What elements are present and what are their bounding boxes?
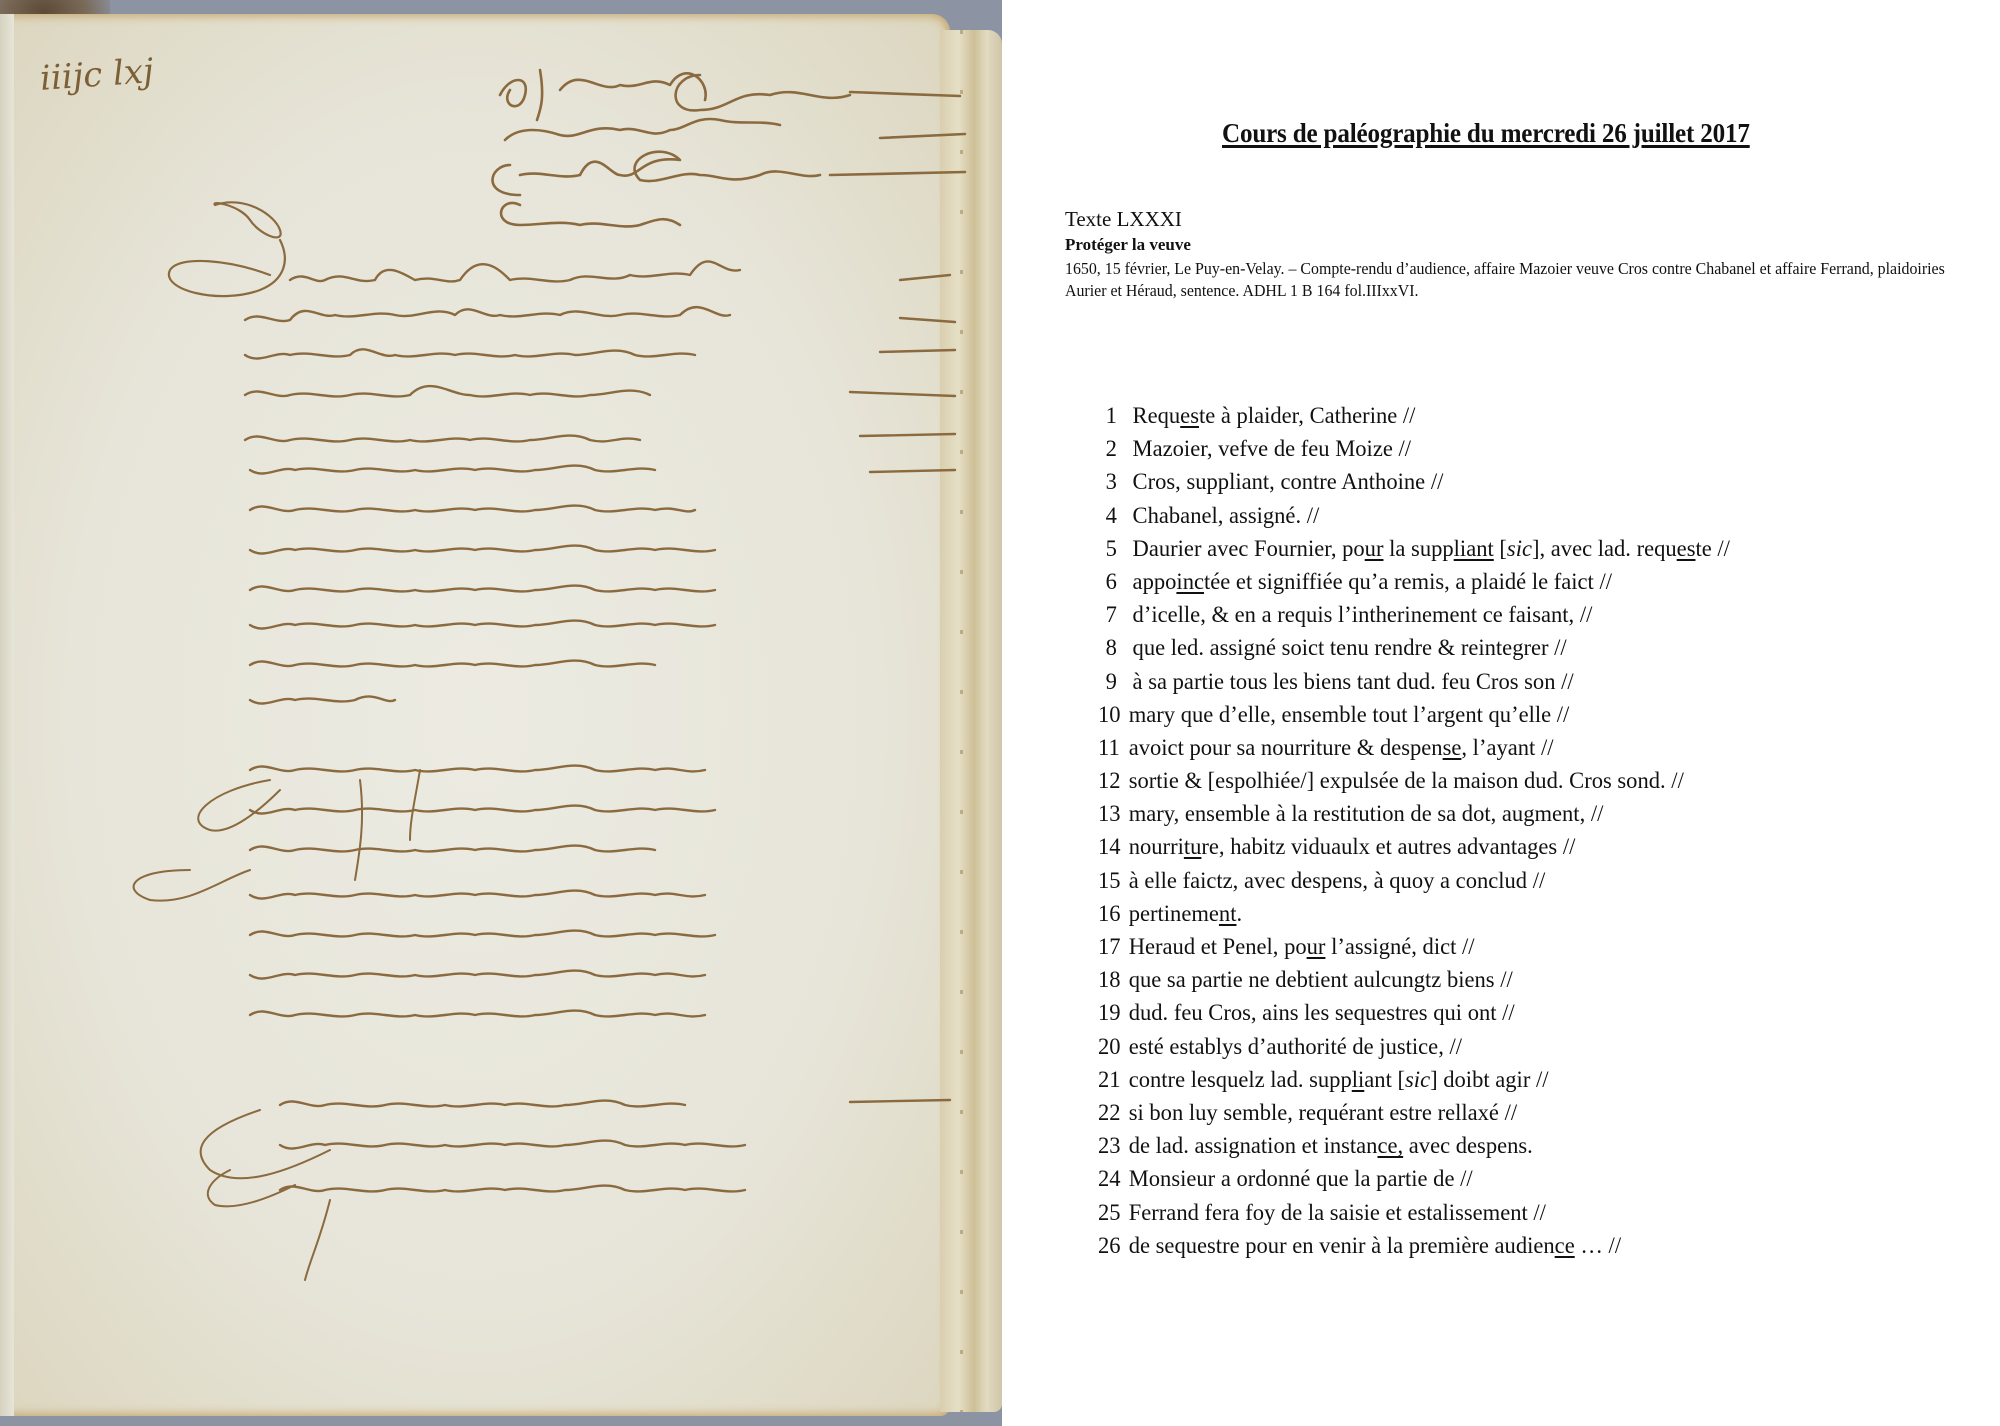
line-text: avoict pour sa nourriture & despense, l’… xyxy=(1129,735,1554,762)
text-segment: tée et signiffiée qu’a remis, a plaidé l… xyxy=(1204,569,1612,595)
text-segment: la supp xyxy=(1383,536,1453,562)
transcription-line: 23de lad. assignation et instance, avec … xyxy=(1098,1133,1943,1166)
text-segment: esté establys d’authorité de justice, // xyxy=(1129,1034,1462,1060)
line-number: 15 xyxy=(1098,868,1129,895)
text-segment: Ferrand fera foy de la saisie et estalis… xyxy=(1129,1200,1546,1226)
text-segment: Chabanel, assigné. // xyxy=(1133,503,1320,529)
text-segment: Requ xyxy=(1133,403,1181,429)
line-number: 6 xyxy=(1098,569,1133,596)
line-number: 1 xyxy=(1098,403,1133,430)
handwriting-ink xyxy=(0,0,1002,1426)
text-segment: appo xyxy=(1133,569,1177,595)
text-segment: mary, ensemble à la restitution de sa do… xyxy=(1129,801,1604,827)
text-segment: avec despens. xyxy=(1403,1133,1533,1159)
line-number: 11 xyxy=(1098,735,1129,762)
transcription-line: 22si bon luy semble, requérant estre rel… xyxy=(1098,1100,1943,1133)
editorial-note: sic xyxy=(1507,536,1532,562)
transcription-line: 13mary, ensemble à la restitution de sa … xyxy=(1098,801,1943,834)
line-number: 19 xyxy=(1098,1000,1129,1027)
text-segment: d’icelle, & en a requis l’intherinement … xyxy=(1133,602,1593,628)
line-text: appoinctée et signiffiée qu’a remis, a p… xyxy=(1133,569,1612,596)
text-segment: Monsieur a ordonné que la partie de // xyxy=(1129,1166,1473,1192)
line-number: 24 xyxy=(1098,1166,1129,1193)
abbreviation-expansion: ur xyxy=(1307,934,1326,960)
text-subtitle: Protéger la veuve xyxy=(1065,235,1191,255)
transcription-line: 20esté establys d’authorité de justice, … xyxy=(1098,1034,1943,1067)
line-text: que sa partie ne debtient aulcungtz bien… xyxy=(1129,967,1513,994)
line-text: Daurier avec Fournier, pour la suppliant… xyxy=(1133,536,1730,563)
line-number: 8 xyxy=(1098,635,1133,662)
text-segment: ] doibt agir // xyxy=(1430,1067,1548,1093)
editorial-note: sic xyxy=(1405,1067,1430,1093)
transcription-line: 24Monsieur a ordonné que la partie de // xyxy=(1098,1166,1943,1199)
transcription-line: 6appoinctée et signiffiée qu’a remis, a … xyxy=(1098,569,1943,602)
text-segment: de lad. assignation et instan xyxy=(1129,1133,1378,1159)
line-text: Mazoier, vefve de feu Moize // xyxy=(1133,436,1411,463)
text-segment: nourri xyxy=(1129,834,1184,860)
transcription-line: 1Requeste à plaider, Catherine // xyxy=(1098,403,1943,436)
line-text: mary, ensemble à la restitution de sa do… xyxy=(1129,801,1604,828)
transcription-line: 10mary que d’elle, ensemble tout l’argen… xyxy=(1098,702,1943,735)
line-text: contre lesquelz lad. suppliant [sic] doi… xyxy=(1129,1067,1549,1094)
line-number: 18 xyxy=(1098,967,1129,994)
abbreviation-expansion: es xyxy=(1180,403,1199,429)
line-text: Ferrand fera foy de la saisie et estalis… xyxy=(1129,1200,1546,1227)
line-number: 12 xyxy=(1098,768,1129,795)
line-text: mary que d’elle, ensemble tout l’argent … xyxy=(1129,702,1570,729)
line-text: de sequestre pour en venir à la première… xyxy=(1129,1233,1621,1260)
text-segment: à elle faictz, avec despens, à quoy a co… xyxy=(1129,868,1546,894)
text-segment: avoict pour sa nourriture & despen xyxy=(1129,735,1443,761)
transcription-line: 16pertinement. xyxy=(1098,901,1943,934)
heading-handwriting xyxy=(493,70,966,226)
text-segment: te à plaider, Catherine // xyxy=(1199,403,1415,429)
abbreviation-expansion: ur xyxy=(1365,536,1384,562)
manuscript-photo: iiijc lxj xyxy=(0,0,1002,1426)
text-segment: à sa partie tous les biens tant dud. feu… xyxy=(1133,669,1574,695)
text-segment: mary que d’elle, ensemble tout l’argent … xyxy=(1129,702,1570,728)
transcription-line: 18que sa partie ne debtient aulcungtz bi… xyxy=(1098,967,1943,1000)
page-title: Cours de paléographie du mercredi 26 jui… xyxy=(1222,118,1799,149)
text-segment: Heraud et Penel, po xyxy=(1129,934,1307,960)
line-number: 23 xyxy=(1098,1133,1129,1160)
text-segment: Cros, suppliant, contre Anthoine // xyxy=(1133,469,1444,495)
abbreviation-expansion: ce xyxy=(1555,1233,1575,1259)
line-text: pertinement. xyxy=(1129,901,1242,928)
line-text: si bon luy semble, requérant estre rella… xyxy=(1129,1100,1517,1127)
transcription-line: 7d’icelle, & en a requis l’intherinement… xyxy=(1098,602,1943,635)
line-text: à elle faictz, avec despens, à quoy a co… xyxy=(1129,868,1546,895)
initial-flourish xyxy=(169,202,285,296)
abbreviation-expansion: tu xyxy=(1184,834,1202,860)
line-text: d’icelle, & en a requis l’intherinement … xyxy=(1133,602,1593,629)
line-number: 3 xyxy=(1098,469,1133,496)
line-text: Requeste à plaider, Catherine // xyxy=(1133,403,1416,430)
line-number: 5 xyxy=(1098,536,1133,563)
text-segment: re, habitz viduaulx et autres advantages… xyxy=(1201,834,1575,860)
line-number: 22 xyxy=(1098,1100,1129,1127)
transcription-line: 8que led. assigné soict tenu rendre & re… xyxy=(1098,635,1943,668)
transcription-line: 25Ferrand fera foy de la saisie et estal… xyxy=(1098,1200,1943,1233)
text-segment: te // xyxy=(1695,536,1729,562)
line-number: 26 xyxy=(1098,1233,1129,1260)
line-number: 20 xyxy=(1098,1034,1129,1061)
transcription-line: 26de sequestre pour en venir à la premiè… xyxy=(1098,1233,1943,1266)
text-segment: ant [ xyxy=(1364,1067,1405,1093)
abbreviation-expansion: nt xyxy=(1219,901,1237,927)
text-segment: dud. feu Cros, ains les sequestres qui o… xyxy=(1129,1000,1515,1026)
transcription-line: 12sortie & [espolhiée/] expulsée de la m… xyxy=(1098,768,1943,801)
line-text: à sa partie tous les biens tant dud. feu… xyxy=(1133,669,1574,696)
line-text: de lad. assignation et instance, avec de… xyxy=(1129,1133,1533,1160)
line-number: 9 xyxy=(1098,669,1133,696)
text-segment: que sa partie ne debtient aulcungtz bien… xyxy=(1129,967,1513,993)
transcription-lines: 1Requeste à plaider, Catherine //2Mazoie… xyxy=(1098,403,1978,1266)
text-segment: , l’ayant // xyxy=(1461,735,1553,761)
abbreviation-expansion: li xyxy=(1352,1067,1365,1093)
line-number: 7 xyxy=(1098,602,1133,629)
transcription-line: 4Chabanel, assigné. // xyxy=(1098,503,1943,536)
transcription-line: 19dud. feu Cros, ains les sequestres qui… xyxy=(1098,1000,1943,1033)
transcription-panel: Cours de paléographie du mercredi 26 jui… xyxy=(1002,0,2000,1426)
transcription-line: 9à sa partie tous les biens tant dud. fe… xyxy=(1098,669,1943,702)
text-segment: si bon luy semble, requérant estre rella… xyxy=(1129,1100,1517,1126)
text-segment: l’assigné, dict // xyxy=(1325,934,1474,960)
text-segment: sortie & [espolhiée/] expulsée de la mai… xyxy=(1129,768,1684,794)
line-text: Chabanel, assigné. // xyxy=(1133,503,1320,530)
line-text: esté establys d’authorité de justice, // xyxy=(1129,1034,1462,1061)
text-segment: de sequestre pour en venir à la première… xyxy=(1129,1233,1555,1259)
text-segment: Daurier avec Fournier, po xyxy=(1133,536,1365,562)
line-number: 2 xyxy=(1098,436,1133,463)
transcription-line: 21contre lesquelz lad. suppliant [sic] d… xyxy=(1098,1067,1943,1100)
text-description: 1650, 15 février, Le Puy-en-Velay. – Com… xyxy=(1065,258,1967,302)
transcription-line: 17Heraud et Penel, pour l’assigné, dict … xyxy=(1098,934,1943,967)
transcription-line: 2Mazoier, vefve de feu Moize // xyxy=(1098,436,1943,469)
line-number: 13 xyxy=(1098,801,1129,828)
abbreviation-expansion: liant xyxy=(1454,536,1494,562)
margin-flourishes xyxy=(134,770,420,1280)
line-text: Monsieur a ordonné que la partie de // xyxy=(1129,1166,1473,1193)
transcription-line: 15à elle faictz, avec despens, à quoy a … xyxy=(1098,868,1943,901)
abbreviation-expansion: ce, xyxy=(1377,1133,1403,1159)
text-segment: contre lesquelz lad. supp xyxy=(1129,1067,1352,1093)
text-segment: … // xyxy=(1575,1233,1621,1259)
abbreviation-expansion: se xyxy=(1443,735,1462,761)
line-number: 25 xyxy=(1098,1200,1129,1227)
line-text: Cros, suppliant, contre Anthoine // xyxy=(1133,469,1444,496)
text-segment: Mazoier, vefve de feu Moize // xyxy=(1133,436,1411,462)
text-segment: . xyxy=(1236,901,1242,927)
abbreviation-expansion: inc xyxy=(1176,569,1204,595)
line-number: 14 xyxy=(1098,834,1129,861)
transcription-line: 3Cros, suppliant, contre Anthoine // xyxy=(1098,469,1943,502)
line-number: 16 xyxy=(1098,901,1129,928)
line-number: 21 xyxy=(1098,1067,1129,1094)
text-segment: que led. assigné soict tenu rendre & rei… xyxy=(1133,635,1567,661)
line-text: nourriture, habitz viduaulx et autres ad… xyxy=(1129,834,1576,861)
text-number: Texte LXXXI xyxy=(1065,207,1182,232)
line-number: 17 xyxy=(1098,934,1129,961)
transcription-line: 5Daurier avec Fournier, pour la supplian… xyxy=(1098,536,1943,569)
abbreviation-expansion: es xyxy=(1677,536,1696,562)
line-text: que led. assigné soict tenu rendre & rei… xyxy=(1133,635,1567,662)
line-number: 4 xyxy=(1098,503,1133,530)
line-text: dud. feu Cros, ains les sequestres qui o… xyxy=(1129,1000,1515,1027)
transcription-line: 11avoict pour sa nourriture & despense, … xyxy=(1098,735,1943,768)
line-number: 10 xyxy=(1098,702,1129,729)
text-segment: pertineme xyxy=(1129,901,1219,927)
transcription-line: 14nourriture, habitz viduaulx et autres … xyxy=(1098,834,1943,867)
text-segment: [ xyxy=(1494,536,1507,562)
line-text: Heraud et Penel, pour l’assigné, dict // xyxy=(1129,934,1475,961)
text-segment: ], avec lad. requ xyxy=(1532,536,1677,562)
line-text: sortie & [espolhiée/] expulsée de la mai… xyxy=(1129,768,1684,795)
body-handwriting xyxy=(245,261,955,1191)
